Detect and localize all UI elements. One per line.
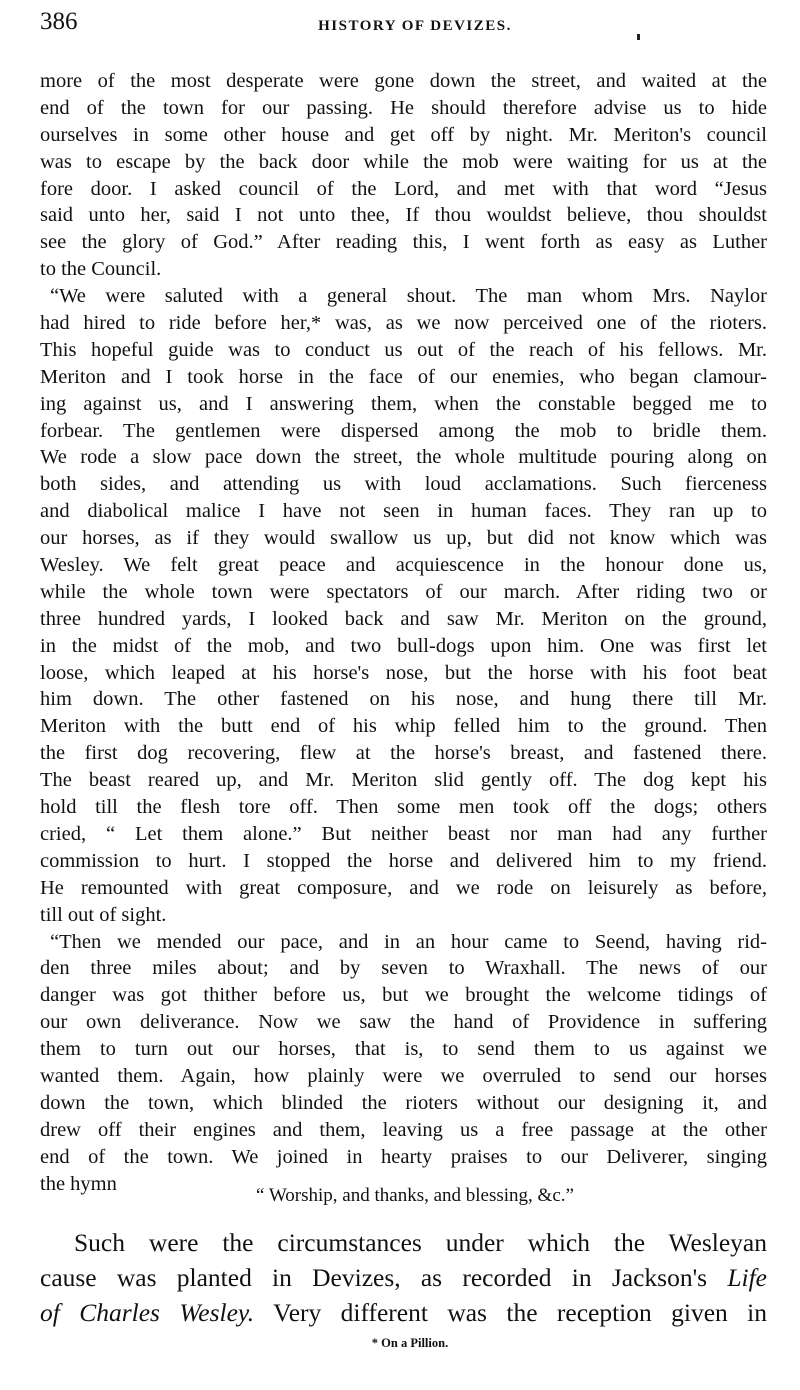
- closing-line: Such were the circumstances under which …: [40, 1225, 767, 1260]
- text-line: till out of sight.: [40, 902, 767, 929]
- text-line: drew off their engines and them, leaving…: [40, 1117, 767, 1144]
- print-speck: [637, 34, 640, 40]
- text-line: the first dog recovering, flew at the ho…: [40, 740, 767, 767]
- text-line: in the midst of the mob, and two bull-do…: [40, 633, 767, 660]
- text-line: end of the town for our passing. He shou…: [40, 95, 767, 122]
- text-line: them to turn out our horses, that is, to…: [40, 1036, 767, 1063]
- closing-text: cause was planted in Devizes, as recorde…: [40, 1263, 727, 1292]
- text-line: forbear. The gentlemen were dispersed am…: [40, 418, 767, 445]
- text-line: our horses, as if they would swallow us …: [40, 525, 767, 552]
- closing-line: cause was planted in Devizes, as recorde…: [40, 1260, 767, 1295]
- running-title: HISTORY OF DEVIZES.: [0, 18, 800, 35]
- text-line: den three miles about; and by seven to W…: [40, 955, 767, 982]
- text-line: He remounted with great composure, and w…: [40, 875, 767, 902]
- text-line: The beast reared up, and Mr. Meriton sli…: [40, 767, 767, 794]
- text-line: Meriton with the butt end of his whip fe…: [40, 713, 767, 740]
- text-line: loose, which leaped at his horse's nose,…: [40, 660, 767, 687]
- text-line: see the glory of God.” After reading thi…: [40, 229, 767, 256]
- text-line: both sides, and attending us with loud a…: [40, 471, 767, 498]
- book-title-italic: of Charles Wesley.: [40, 1298, 254, 1327]
- closing-text: Very different was the reception given i…: [254, 1298, 767, 1327]
- paragraph-start-line: “Then we mended our pace, and in an hour…: [40, 929, 767, 956]
- paragraph-start-line: “We were saluted with a general shout. T…: [40, 283, 767, 310]
- hymn-quote: “ Worship, and thanks, and blessing, &c.…: [0, 1183, 800, 1209]
- text-line: This hopeful guide was to conduct us out…: [40, 337, 767, 364]
- text-line: while the whole town were spectators of …: [40, 579, 767, 606]
- text-line: We rode a slow pace down the street, the…: [40, 444, 767, 471]
- closing-line: of Charles Wesley. Very different was th…: [40, 1295, 767, 1330]
- text-line: and diabolical malice I have not seen in…: [40, 498, 767, 525]
- text-line: wanted them. Again, how plainly were we …: [40, 1063, 767, 1090]
- text-line: commission to hurt. I stopped the horse …: [40, 848, 767, 875]
- text-line: Meriton and I took horse in the face of …: [40, 364, 767, 391]
- text-line: said unto her, said I not unto thee, If …: [40, 202, 767, 229]
- text-line: him down. The other fastened on his nose…: [40, 686, 767, 713]
- text-line: cried, “ Let them alone.” But neither be…: [40, 821, 767, 848]
- text-line: down the town, which blinded the rioters…: [40, 1090, 767, 1117]
- text-line: was to escape by the back door while the…: [40, 149, 767, 176]
- text-line: had hired to ride before her,* was, as w…: [40, 310, 767, 337]
- book-page: 386 HISTORY OF DEVIZES. more of the most…: [0, 0, 800, 1390]
- text-line: ourselves in some other house and get of…: [40, 122, 767, 149]
- text-line: our own deliverance. Now we saw the hand…: [40, 1009, 767, 1036]
- text-line: ing against us, and I answering them, wh…: [40, 391, 767, 418]
- text-line: more of the most desperate were gone dow…: [40, 68, 767, 95]
- body-text: more of the most desperate were gone dow…: [40, 68, 767, 1197]
- closing-paragraph: Such were the circumstances under which …: [40, 1225, 767, 1330]
- text-line: hold till the flesh tore off. Then some …: [40, 794, 767, 821]
- text-line: danger was got thither before us, but we…: [40, 982, 767, 1009]
- text-line: fore door. I asked council of the Lord, …: [40, 176, 767, 203]
- text-line: Wesley. We felt great peace and acquiesc…: [40, 552, 767, 579]
- text-line: three hundred yards, I looked back and s…: [40, 606, 767, 633]
- text-line: end of the town. We joined in hearty pra…: [40, 1144, 767, 1171]
- book-title-italic: Life: [727, 1263, 767, 1292]
- footnote: * On a Pillion.: [0, 1336, 800, 1351]
- text-line: to the Council.: [40, 256, 767, 283]
